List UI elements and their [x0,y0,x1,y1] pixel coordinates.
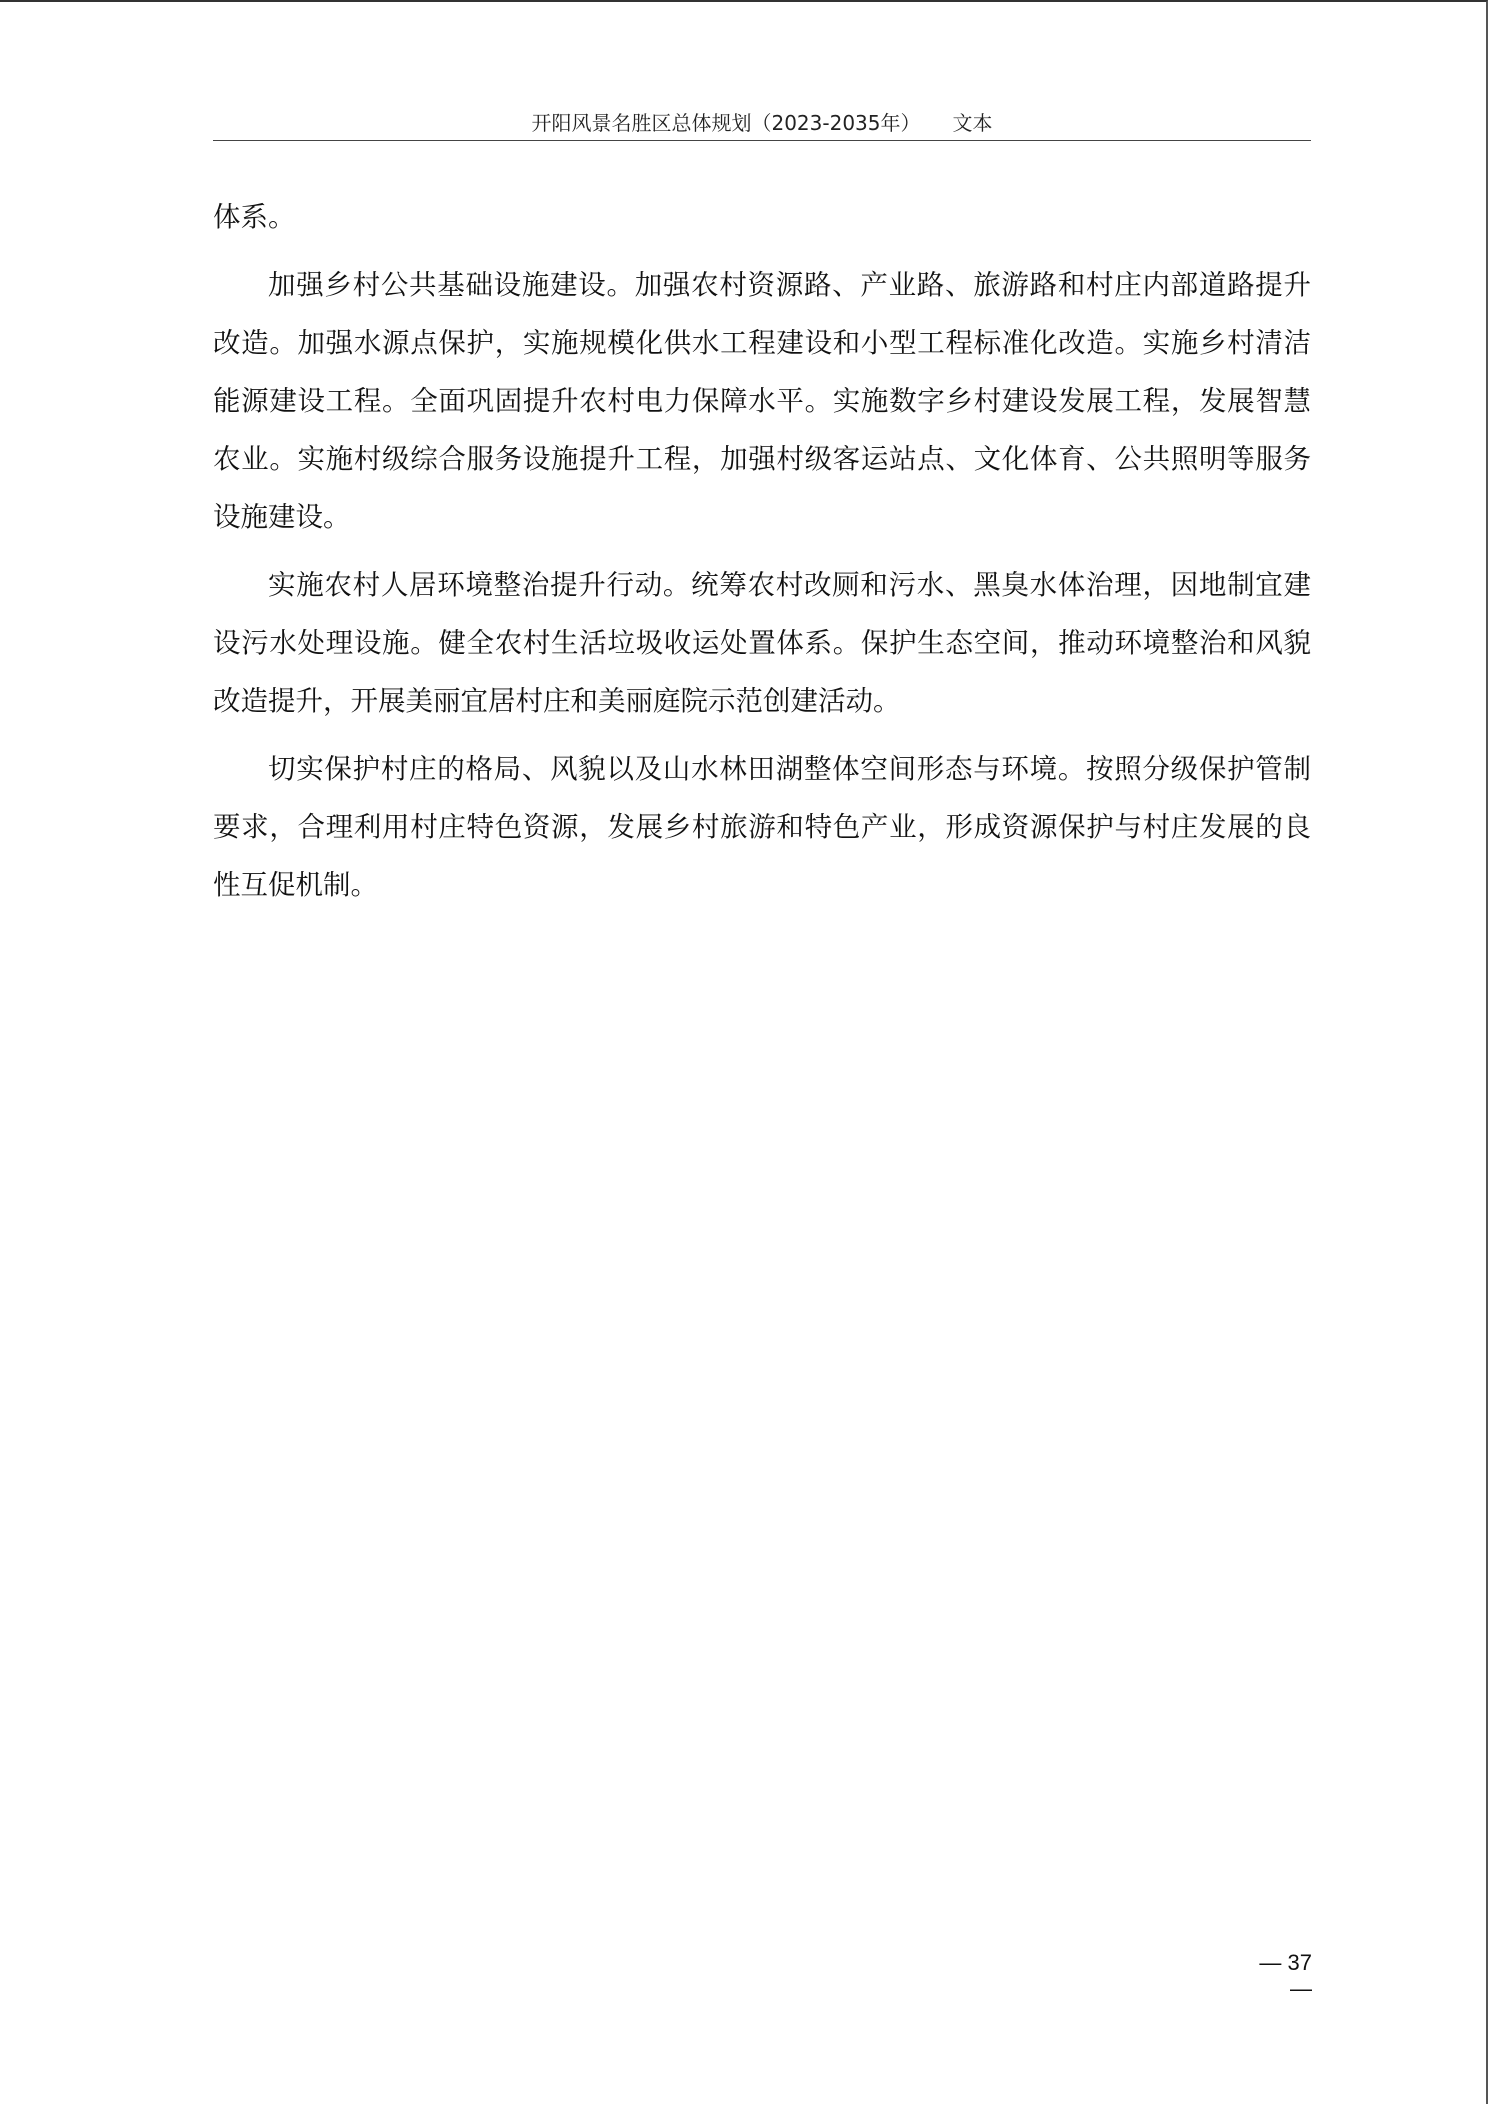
page-number: — 37 — [1236,1950,1312,2002]
running-header: 开阳风景名胜区总体规划（2023-2035年）文本 [213,106,1311,141]
paragraph-public-infrastructure: 加强乡村公共基础设施建设。加强农村资源路、产业路、旅游路和村庄内部道路提升改造。… [213,256,1311,546]
paragraph-continuation: 体系。 [213,188,1311,246]
document-page: 开阳风景名胜区总体规划（2023-2035年）文本 体系。 加强乡村公共基础设施… [0,2,1488,2104]
header-section: 文本 [953,111,993,135]
body-text: 体系。 加强乡村公共基础设施建设。加强农村资源路、产业路、旅游路和村庄内部道路提… [213,188,1311,924]
header-title: 开阳风景名胜区总体规划（2023-2035年） [531,111,920,135]
paragraph-living-environment: 实施农村人居环境整治提升行动。统筹农村改厕和污水、黑臭水体治理，因地制宜建设污水… [213,556,1311,730]
paragraph-village-protection: 切实保护村庄的格局、风貌以及山水林田湖整体空间形态与环境。按照分级保护管制要求，… [213,740,1311,914]
